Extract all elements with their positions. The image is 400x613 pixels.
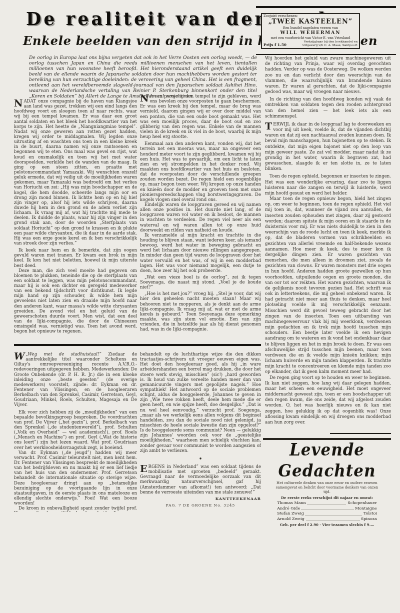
anecdote-text: RGENS in Nederland” was een soldaat tijd… [140,464,261,494]
war-column-2: NA een poosje in den tempel te zijn gebl… [140,94,261,342]
intro-paragraph: De oorlog in Europa laat ons bijna verge… [29,55,257,99]
war-col2-p5: „Wat een vieze boel is de oorlog”, zei i… [140,275,261,290]
radio-col2-p1: behandelt op de luchthartige wijze die d… [140,352,261,453]
right-column-rule [330,433,391,434]
leader-dots [305,511,362,515]
ad-twee-kasteelen: Zoojuist verschenen: „TWEE KASTEELEN” Ee… [261,13,360,49]
war-col3-p3: ERWIJL ik daar in de loopgraaf lag te do… [265,122,391,172]
war-col1-p3: Deze man, die zich veel moeite had gegev… [14,268,137,334]
levende-price: Geb. per deel f 2.90 · Vier tezamen slec… [263,522,391,527]
radio-column-1: W„Weg met de stadhuistaal!” Ziedaar de a… [14,352,137,512]
leader-dots [302,506,354,510]
war-col3-p5: Maar toen de regen opnieuw begon, hield … [265,197,391,376]
war-column-1: NADAT onze compagnie bij de haven van Ki… [14,99,137,342]
book-subject: Spinoza [361,516,377,521]
anecdote-signature: KANTTEEKENAAR [140,497,261,501]
ad-publisher: Uitgeverij v/h C. A. Mees, Santpoort [302,44,357,48]
radio-column-2: behandelt op de luchthartige wijze die d… [140,352,261,542]
top-right-rule [256,6,396,8]
radio-p1: Ziedaar de aantrekkelijke titel waaronde… [14,352,137,408]
separator-dot: • [140,455,261,462]
radio-p2: Elk voor zich hebben zij de „moeilijkhed… [14,410,137,451]
levende-tagline: Het cultureele denken van onze eeuw en o… [275,481,380,495]
war-col3-p2: In de richting van den hoofdweg konden w… [265,97,391,119]
book-author: Arnold Zweig [277,516,304,521]
war-col2-p3: Eindelijk waren de loopgraven gereed en … [140,202,261,232]
war-column-3: Wij hoorden het geluid van zware machine… [265,56,391,434]
ad-price: Prijs f 1.50 [264,42,287,47]
levende-title: Levende Gedachten [263,439,391,481]
radio-p4: De kroon in onbevalligheid spant zonder … [14,506,137,512]
war-col3-p1: Wij hoorden het geluid van zware machine… [265,56,391,95]
dropcap-n2: N [140,94,150,103]
dropcap-e: E [140,464,148,473]
war-col2-p4: Ik verzamelde al mijn kracht en trachtte… [140,233,261,274]
dropcap-w: W [14,352,26,361]
leader-dots [307,501,346,505]
dropcap-t: T [265,122,273,131]
intro-text: De oorlog in Europa laat ons bijna verge… [29,55,257,99]
war-col1-p2: Ik keek naar hem en ik bemerkte, dat zij… [14,248,137,268]
page-footer: PAG. 7 DE GROENE No. 3245 [140,503,261,507]
war-col2-p1: A een poosje in den tempel te zijn geble… [140,94,261,140]
ad-book-title: „TWEE KASTEELEN” [262,18,359,26]
ad-levende-gedachten: Levende Gedachten Het cultureele denken … [263,438,391,530]
war-col3-p4: Toen de regen ophield, begonnen er insec… [265,174,391,196]
ad-bottom-rule [256,54,396,55]
war-col3-p6: De regen ging voort op te houden en weer… [265,375,391,425]
dropcap-n1: N [14,99,24,108]
levende-series-line: De eerste reeks verschijnt dit najaar en… [263,496,391,501]
war-col2-p2: Eenmaal aan den anderen kant, vonden wij… [140,142,261,203]
war-col2-p6: „Hoe is het met jou?” vroeg hij. „Stel j… [140,292,261,333]
mid-section-rule [14,344,261,346]
radio-p3: Van dr. Eykman („de jeugd”) hadden wij m… [14,450,137,506]
levende-book-row: Arnold ZweigSpinoza [277,516,377,521]
war-col1-p1: ADAT onze compagnie bij de haven van Kia… [14,99,137,246]
newspaper-page: De realiteit van den oorlog Enkele beeld… [0,0,400,613]
leader-dots [306,516,359,520]
